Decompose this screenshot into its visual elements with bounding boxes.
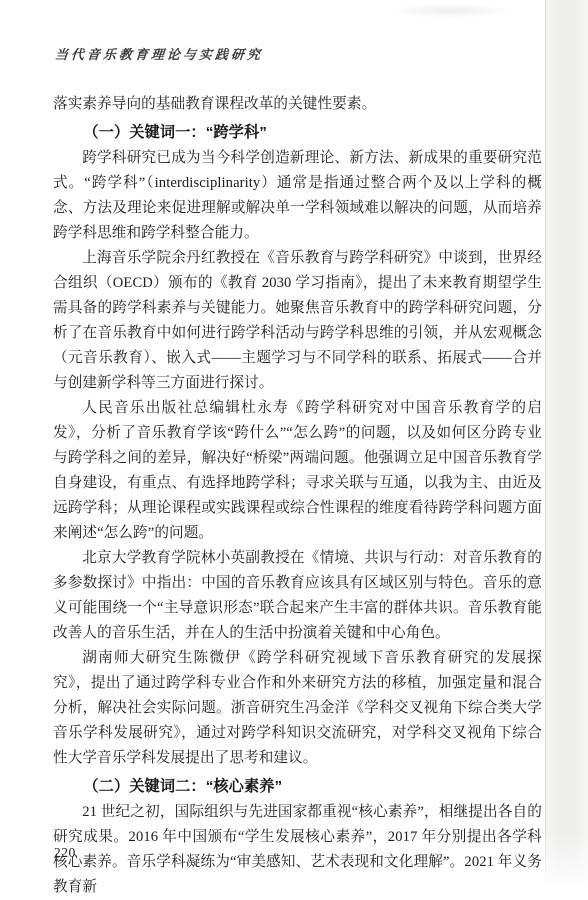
page-edge-fade — [545, 830, 588, 900]
page-edge — [545, 0, 588, 900]
text-block: 落实素养导向的基础教育课程改革的关键性要素。（一）关键词一：“跨学科”跨学科研究… — [53, 92, 542, 900]
paragraph: 人民音乐出版社总编辑杜永寿《跨学科研究对中国音乐教育学的启发》，分析了音乐教育学… — [53, 396, 542, 546]
paragraph: 跨学科研究已成为当今科学创造新理论、新方法、新成果的重要研究范式。“跨学科”（i… — [53, 146, 542, 246]
running-head: 当代音乐教育理论与实践研究 — [54, 44, 263, 63]
paragraph: 21 世纪之初，国际组织与先进国家都重视“核心素养”，相继提出各自的研究成果。2… — [53, 800, 542, 900]
paragraph: 北京大学教育学院林小英副教授在《情境、共识与行动：对音乐教育的多参数探讨》中指出… — [53, 546, 542, 646]
book-page: 当代音乐教育理论与实践研究 落实素养导向的基础教育课程改革的关键性要素。（一）关… — [0, 0, 588, 900]
scan-smudge — [390, 4, 510, 18]
paragraph: 上海音乐学院余丹红教授在《音乐教育与跨学科研究》中谈到，世界经合组织（OECD）… — [53, 246, 542, 396]
page-number: 220 — [54, 845, 76, 861]
section-heading: （一）关键词一：“跨学科” — [53, 120, 542, 145]
paragraph: 湖南师大研究生陈微伊《跨学科研究视域下音乐教育研究的发展探究》，提出了通过跨学科… — [53, 646, 542, 771]
section-heading: （二）关键词二：“核心素养” — [53, 774, 542, 799]
paragraph: 落实素养导向的基础教育课程改革的关键性要素。 — [53, 92, 542, 117]
